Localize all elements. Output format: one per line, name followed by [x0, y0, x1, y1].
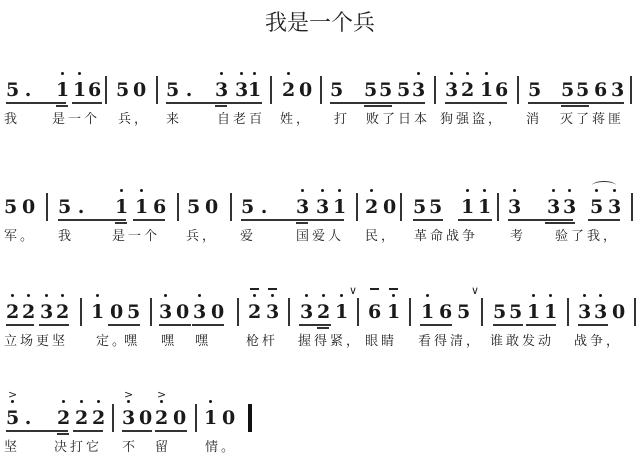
beam-underline — [122, 430, 152, 432]
note: 0 — [205, 197, 217, 217]
note: 6 — [439, 302, 451, 322]
tenuto-mark — [389, 288, 398, 290]
note: 3 — [578, 302, 590, 322]
note: 0 — [110, 302, 122, 322]
note: 5 — [58, 197, 70, 217]
barline — [270, 76, 272, 104]
note: 1 — [73, 80, 85, 100]
high-octave-dot — [220, 72, 223, 75]
note: 5 — [187, 197, 199, 217]
score-row: 2232105303023321∨61165∨5511330立场更坚定。嘿嘿嘿枪… — [0, 284, 640, 344]
lyric-text: 战争， — [574, 330, 622, 349]
note: . — [75, 197, 87, 217]
score-title: 我是一个兵 — [0, 6, 640, 37]
lyric-text: 民， — [365, 225, 397, 244]
note: 3 — [266, 302, 278, 322]
note: 5 — [457, 302, 469, 322]
beam-underline — [56, 105, 68, 107]
beam-underline — [561, 105, 589, 107]
note: 3 — [300, 302, 312, 322]
high-octave-dot — [583, 294, 586, 297]
note: 5 — [6, 408, 18, 428]
high-octave-dot — [80, 400, 83, 403]
note: 3 — [445, 80, 457, 100]
slur-arc — [592, 181, 616, 190]
note: . — [22, 408, 34, 428]
barline — [105, 76, 107, 104]
barline — [288, 298, 290, 326]
note: 1 — [421, 302, 433, 322]
barline — [237, 298, 239, 326]
beam-underline — [420, 324, 452, 326]
note: 6 — [88, 80, 100, 100]
high-octave-dot — [209, 400, 212, 403]
note: 2 — [57, 408, 69, 428]
high-octave-dot — [61, 294, 64, 297]
final-barline — [248, 404, 252, 432]
barline — [156, 76, 158, 104]
high-octave-dot — [321, 189, 324, 192]
high-octave-dot — [45, 294, 48, 297]
note: 3 — [608, 197, 620, 217]
high-octave-dot — [513, 189, 516, 192]
note: 3 — [296, 197, 308, 217]
note: 1 — [115, 197, 127, 217]
high-octave-dot — [322, 294, 325, 297]
high-octave-dot — [417, 72, 420, 75]
note: 1 — [333, 197, 345, 217]
beam-underline — [6, 430, 68, 432]
barline — [357, 298, 359, 326]
tenuto-mark — [250, 288, 259, 290]
note: 1 — [135, 197, 147, 217]
note: 5 — [429, 197, 441, 217]
note: 3 — [594, 302, 606, 322]
note: 5 — [330, 80, 342, 100]
barline — [46, 193, 48, 221]
note: 5 — [576, 80, 588, 100]
high-octave-dot — [485, 72, 488, 75]
note: 5 — [241, 197, 253, 217]
high-octave-dot — [140, 189, 143, 192]
note: 5 — [6, 80, 18, 100]
note: 5 — [116, 80, 128, 100]
high-octave-dot — [340, 294, 343, 297]
high-octave-dot — [301, 189, 304, 192]
high-octave-dot — [549, 294, 552, 297]
lyric-text: 留 — [155, 436, 171, 455]
note: 5 — [364, 80, 376, 100]
note: 3 — [547, 197, 559, 217]
high-octave-dot — [532, 294, 535, 297]
lyric-text: 枪杆 — [246, 330, 278, 349]
barline — [400, 193, 402, 221]
lyric-text: 立场更坚 — [4, 330, 68, 349]
note: 5 — [397, 80, 409, 100]
barline — [80, 298, 82, 326]
note: . — [22, 80, 34, 100]
note: 5 — [493, 302, 505, 322]
high-octave-dot — [27, 294, 30, 297]
breath-mark-icon: ∨ — [349, 284, 357, 297]
note: 1 — [478, 197, 490, 217]
note: 2 — [461, 80, 473, 100]
lyric-text: 情。 — [205, 436, 237, 455]
note: 3 — [215, 80, 227, 100]
lyric-text: 嘿 — [161, 330, 177, 349]
beam-underline — [314, 219, 344, 221]
high-octave-dot — [96, 294, 99, 297]
beam-underline — [578, 324, 608, 326]
beam-underline — [6, 324, 34, 326]
beam-underline — [545, 222, 575, 224]
note: 0 — [176, 302, 188, 322]
barline — [320, 76, 322, 104]
beam-underline — [296, 222, 308, 224]
beam-underline — [108, 324, 140, 326]
lyric-text: 嘿 — [124, 330, 140, 349]
accent-mark-icon: > — [8, 388, 17, 401]
lyric-text: 是一个 — [112, 225, 160, 244]
beam-underline — [155, 430, 187, 432]
beam-underline — [594, 102, 624, 104]
high-octave-dot — [62, 400, 65, 403]
lyric-text: 败了日本 — [366, 108, 430, 127]
lyric-text: 我 — [58, 225, 74, 244]
beam-underline — [526, 324, 556, 326]
score-row: 5.116505.3312055553321655563我是一个兵，来自老百姓，… — [0, 62, 640, 122]
high-octave-dot — [305, 294, 308, 297]
high-octave-dot — [483, 189, 486, 192]
lyric-text: 兵， — [118, 108, 150, 127]
lyric-text: 自老百 — [217, 108, 265, 127]
beam-underline — [299, 324, 331, 326]
barline — [497, 193, 499, 221]
beam-underline — [159, 324, 191, 326]
high-octave-dot — [198, 294, 201, 297]
beam-underline — [413, 219, 443, 221]
high-octave-dot — [552, 189, 555, 192]
lyric-text: 消 — [526, 108, 542, 127]
high-octave-dot — [78, 72, 81, 75]
beam-underline — [133, 219, 165, 221]
note: 5 — [590, 197, 602, 217]
high-octave-dot — [568, 189, 571, 192]
high-octave-dot — [466, 189, 469, 192]
note: 2 — [56, 302, 68, 322]
lyric-text: 坚 — [4, 436, 20, 455]
lyric-text: 不 — [122, 436, 138, 455]
beam-underline — [445, 102, 507, 104]
score-row: 505.116505.33120551133353军。我是一个兵，爱国爱人民，革… — [0, 179, 640, 239]
note: 0 — [133, 80, 145, 100]
note: 2 — [155, 408, 167, 428]
note: 2 — [75, 408, 87, 428]
high-octave-dot — [253, 294, 256, 297]
note: 5 — [413, 197, 425, 217]
note: 1 — [480, 80, 492, 100]
barline — [150, 298, 152, 326]
lyric-text: 兵， — [186, 225, 218, 244]
note: 6 — [368, 302, 380, 322]
high-octave-dot — [450, 72, 453, 75]
lyric-text: 眼睛 — [365, 330, 397, 349]
note: 5 — [509, 302, 521, 322]
note: 2 — [22, 302, 34, 322]
note: 0 — [383, 197, 395, 217]
beam-underline — [72, 102, 102, 104]
note: 3 — [563, 197, 575, 217]
note: 0 — [612, 302, 624, 322]
note: 1 — [527, 302, 539, 322]
beam-underline — [493, 324, 523, 326]
note: 3 — [316, 197, 328, 217]
high-octave-dot — [240, 72, 243, 75]
note: 1 — [387, 302, 399, 322]
barline — [517, 76, 519, 104]
barline — [230, 193, 232, 221]
note: 1 — [335, 302, 347, 322]
note: 5 — [561, 80, 573, 100]
high-octave-dot — [164, 294, 167, 297]
note: 2 — [92, 408, 104, 428]
beam-underline — [39, 324, 69, 326]
lyric-text: 看得清， — [418, 330, 482, 349]
lyric-text: 狗强盗， — [440, 108, 504, 127]
high-octave-dot — [338, 189, 341, 192]
accent-mark-icon: > — [124, 388, 133, 401]
note: 5 — [528, 80, 540, 100]
beam-underline — [232, 102, 262, 104]
lyric-text: 革命战争 — [414, 225, 478, 244]
lyric-text: 嘿 — [195, 330, 211, 349]
beam-underline — [458, 219, 492, 221]
note: 3 — [611, 80, 623, 100]
lyric-text: 爱 — [240, 225, 256, 244]
note: . — [183, 80, 195, 100]
lyric-text: 我 — [4, 108, 20, 127]
note: 3 — [235, 80, 247, 100]
beam-underline — [57, 433, 69, 435]
note: 6 — [153, 197, 165, 217]
note: 0 — [173, 408, 185, 428]
note: 5 — [4, 197, 16, 217]
note: 3 — [412, 80, 424, 100]
high-octave-dot — [370, 189, 373, 192]
lyric-text: 决打它 — [54, 436, 102, 455]
beam-underline — [588, 219, 620, 221]
note: 0 — [299, 80, 311, 100]
barline — [434, 76, 436, 104]
high-octave-dot — [271, 294, 274, 297]
barline — [567, 298, 569, 326]
high-octave-dot — [466, 72, 469, 75]
note: 3 — [40, 302, 52, 322]
barline — [112, 404, 114, 432]
high-octave-dot — [11, 294, 14, 297]
beam-underline — [317, 327, 329, 329]
note: 3 — [508, 197, 520, 217]
note: 1 — [248, 80, 260, 100]
score-row: 5>.2223>02>010坚决打它不留情。 — [0, 390, 640, 450]
note: 6 — [495, 80, 507, 100]
beam-underline — [115, 222, 127, 224]
note: 2 — [317, 302, 329, 322]
lyric-text: 是一个 — [52, 108, 100, 127]
beam-underline — [508, 219, 573, 221]
lyric-text: 验了我， — [555, 225, 619, 244]
barline — [409, 298, 411, 326]
lyric-text: 考 — [510, 225, 526, 244]
high-octave-dot — [392, 294, 395, 297]
lyric-text: 握得紧， — [298, 330, 362, 349]
high-octave-dot — [61, 72, 64, 75]
note: 5 — [379, 80, 391, 100]
note: 1 — [204, 408, 216, 428]
note: 2 — [365, 197, 377, 217]
note: 1 — [91, 302, 103, 322]
high-octave-dot — [253, 72, 256, 75]
beam-underline — [73, 430, 103, 432]
note: 1 — [56, 80, 68, 100]
note: . — [258, 197, 270, 217]
note: 1 — [461, 197, 473, 217]
tenuto-mark — [370, 288, 379, 290]
lyric-text: 灭了蒋匪 — [560, 108, 624, 127]
barline — [177, 193, 179, 221]
barline — [630, 76, 632, 104]
note: 0 — [22, 197, 34, 217]
barline — [356, 193, 358, 221]
barline — [631, 193, 633, 221]
beam-underline — [192, 324, 224, 326]
beam-underline — [215, 105, 227, 107]
lyric-text: 打 — [334, 108, 350, 127]
barline — [195, 404, 197, 432]
accent-mark-icon: > — [157, 388, 166, 401]
lyric-text: 姓， — [280, 108, 312, 127]
high-octave-dot — [599, 294, 602, 297]
lyric-text: 军。 — [4, 225, 36, 244]
note: 2 — [282, 80, 294, 100]
note: 0 — [139, 408, 151, 428]
breath-mark-icon: ∨ — [471, 284, 479, 297]
lyric-text: 来 — [166, 108, 182, 127]
barline — [634, 298, 636, 326]
lyric-text: 谁敢发动 — [490, 330, 554, 349]
note: 3 — [122, 408, 134, 428]
beam-underline — [6, 102, 66, 104]
high-octave-dot — [97, 400, 100, 403]
note: 1 — [544, 302, 556, 322]
note: 2 — [248, 302, 260, 322]
note: 0 — [211, 302, 223, 322]
beam-underline — [58, 219, 126, 221]
tenuto-mark — [268, 288, 277, 290]
note: 3 — [193, 302, 205, 322]
note: 3 — [159, 302, 171, 322]
note: 5 — [166, 80, 178, 100]
note: 0 — [222, 408, 234, 428]
high-octave-dot — [426, 294, 429, 297]
high-octave-dot — [120, 189, 123, 192]
high-octave-dot — [287, 72, 290, 75]
barline — [481, 298, 483, 326]
beam-underline — [397, 102, 425, 104]
lyric-text: 国爱人 — [296, 225, 344, 244]
beam-underline — [364, 105, 392, 107]
note: 5 — [127, 302, 139, 322]
note: 2 — [6, 302, 18, 322]
note: 6 — [594, 80, 606, 100]
